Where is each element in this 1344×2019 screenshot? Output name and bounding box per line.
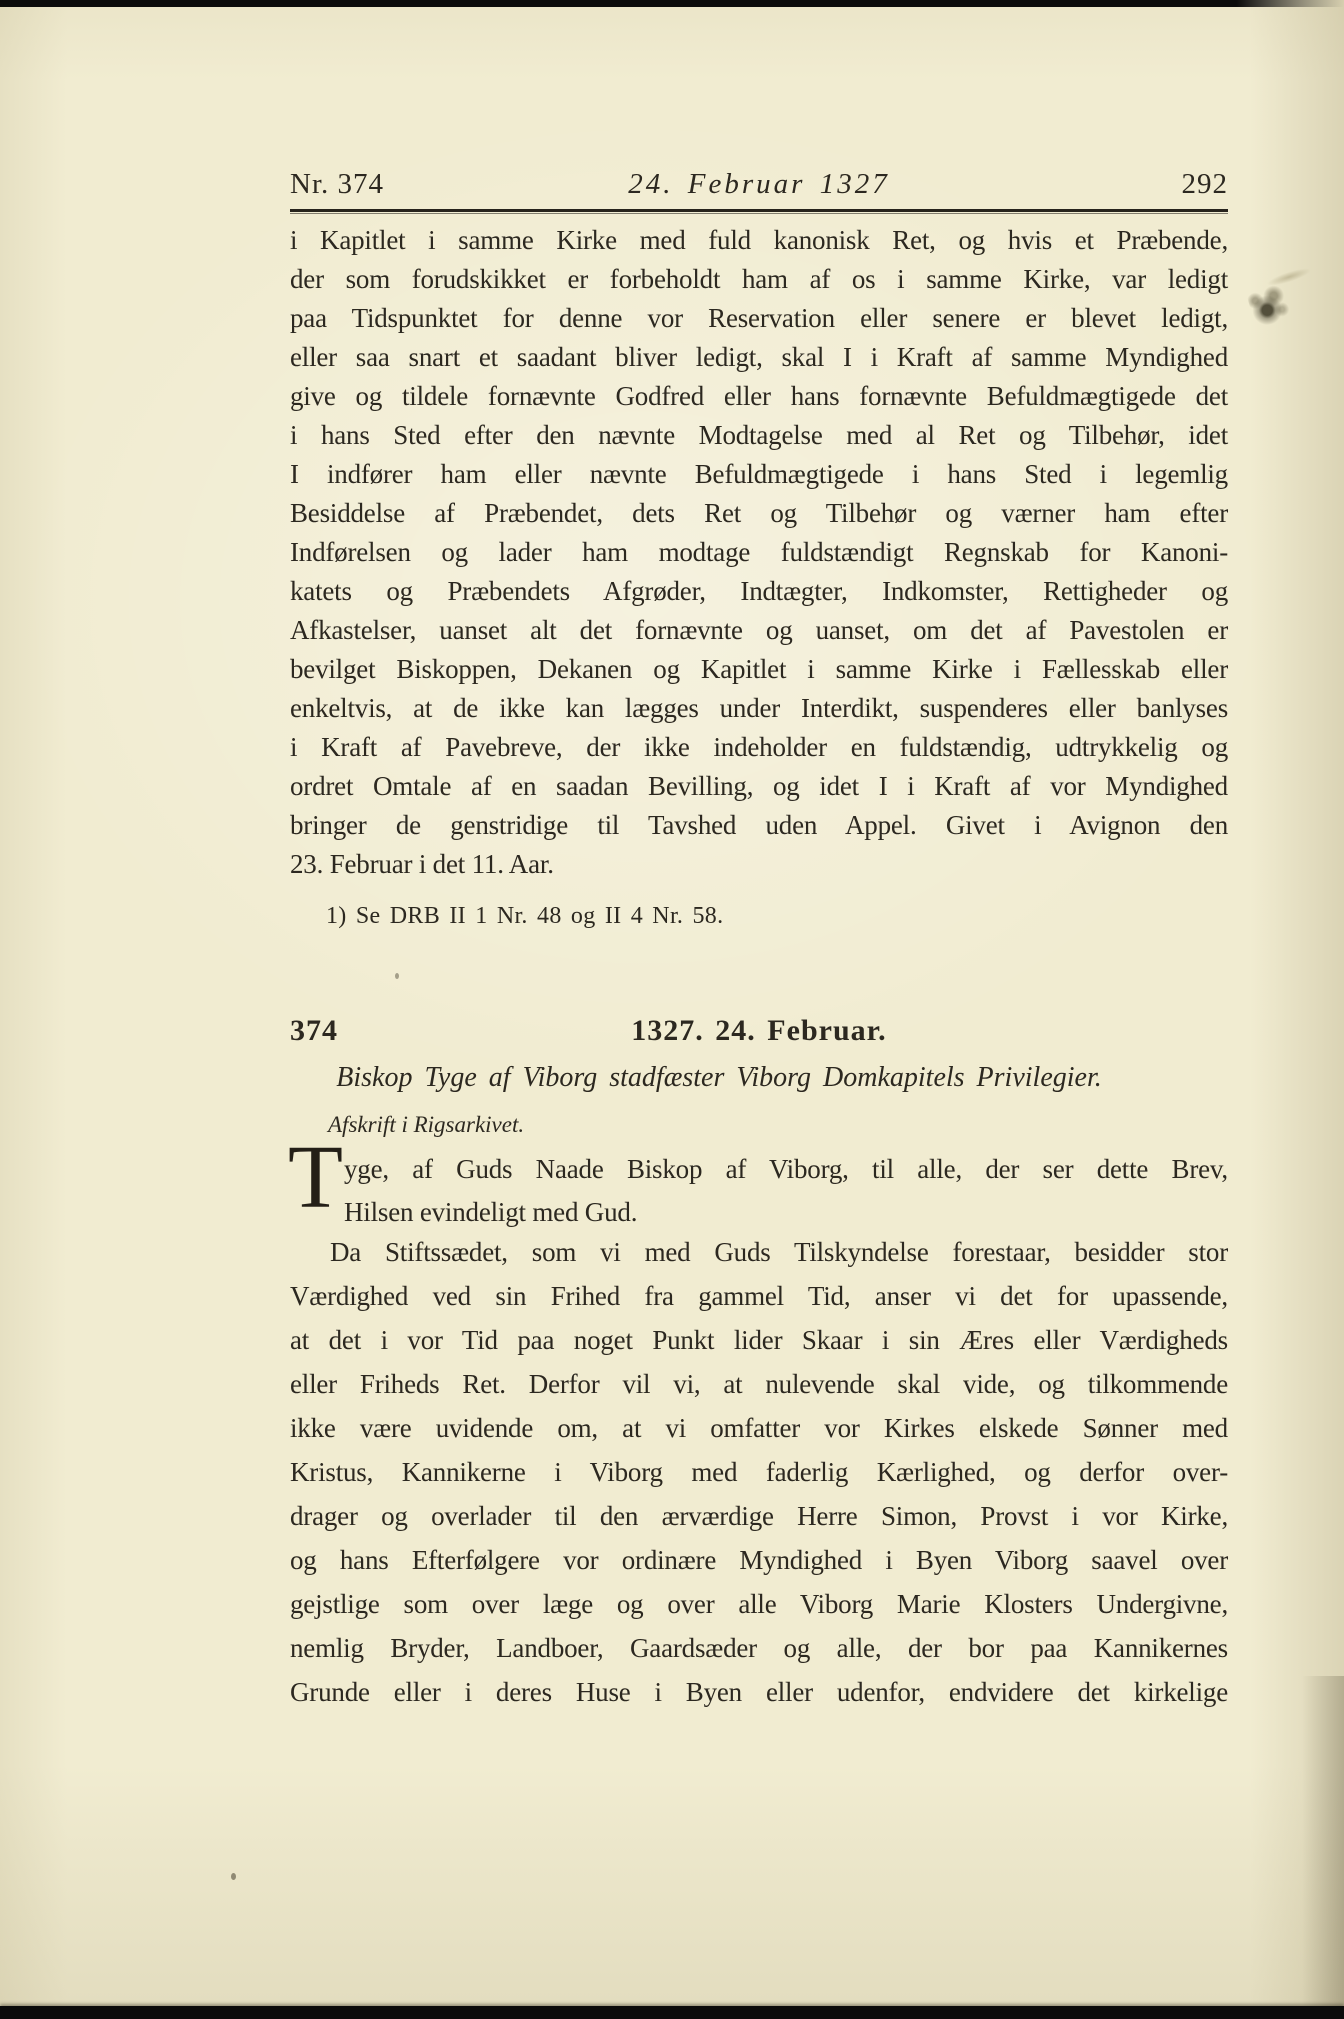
text-line: eller saa snart et saadant bliver ledigt… <box>290 338 1228 377</box>
text-line: Værdighed ved sin Frihed fra gammel Tid,… <box>290 1274 1228 1318</box>
text-line: Kristus, Kannikerne i Viborg med faderli… <box>290 1450 1228 1494</box>
text-line: eller Friheds Ret. Derfor vil vi, at nul… <box>290 1362 1228 1406</box>
page-number: 292 <box>1182 168 1229 201</box>
text-line: I indfører ham eller nævnte Befuldmægtig… <box>290 455 1228 494</box>
running-head-date: 24. Februar 1327 <box>290 168 1228 201</box>
text-line: Besiddelse af Præbendet, dets Ret og Til… <box>290 494 1228 533</box>
text-line: ordret Omtale af en saadan Bevilling, og… <box>290 767 1228 806</box>
text-line: give og tildele fornævnte Godfred eller … <box>290 377 1228 416</box>
text-line: bevilget Biskoppen, Dekanen og Kapitlet … <box>290 650 1228 689</box>
text-line: Grunde eller i deres Huse i Byen eller u… <box>290 1670 1228 1714</box>
text-line: 23. Februar i det 11. Aar. <box>290 845 1228 884</box>
footnote: 1) Se DRB II 1 Nr. 48 og II 4 Nr. 58. <box>326 903 723 930</box>
doc-source-note: Afskrift i Rigsarkivet. <box>328 1112 524 1138</box>
doc-title: Biskop Tyge af Viborg stadfæster Viborg … <box>250 1062 1188 1094</box>
text-line: ikke være uvidende om, at vi omfatter vo… <box>290 1406 1228 1450</box>
doc-date-heading: 1327. 24. Februar. <box>290 1014 1228 1048</box>
film-edge-top <box>0 0 1344 7</box>
text-line: enkeltvis, at de ikke kan lægges under I… <box>290 689 1228 728</box>
text-line: bringer de genstridige til Tavshed uden … <box>290 806 1228 845</box>
text-line: drager og overlader til den ærværdige He… <box>290 1494 1228 1538</box>
doc374-opening-paragraph: T yge, af Guds Naade Biskop af Viborg, t… <box>290 1148 1228 1234</box>
scanned-book-page: Nr. 374 24. Februar 1327 292 i Kapitlet … <box>0 0 1344 2019</box>
doc374-heading: 374 1327. 24. Februar. <box>290 1014 1228 1054</box>
page-edge-shadow <box>1302 1676 1344 2006</box>
film-edge-bottom <box>0 2006 1344 2019</box>
text-line: nemlig Bryder, Landboer, Gaardsæder og a… <box>290 1626 1228 1670</box>
paper-speck <box>231 1873 236 1880</box>
text-line: katets og Præbendets Afgrøder, Indtægter… <box>290 572 1228 611</box>
text-line: at det i vor Tid paa noget Punkt lider S… <box>290 1318 1228 1362</box>
text-line: i hans Sted efter den nævnte Modtagelse … <box>290 416 1228 455</box>
text-line: Hilsen evindeligt med Gud. <box>344 1191 1228 1234</box>
header-rule <box>290 209 1228 214</box>
text-line: gejstlige som over læge og over alle Vib… <box>290 1582 1228 1626</box>
text-line: i Kapitlet i samme Kirke med fuld kanoni… <box>290 221 1228 260</box>
drop-cap: T <box>288 1139 343 1217</box>
text-line: Indførelsen og lader ham modtage fuldstæ… <box>290 533 1228 572</box>
doc373-body-text: i Kapitlet i samme Kirke med fuld kanoni… <box>290 221 1228 884</box>
text-line: der som forudskikket er forbeholdt ham a… <box>290 260 1228 299</box>
text-line: paa Tidspunktet for denne vor Reservatio… <box>290 299 1228 338</box>
text-line: Da Stiftssædet, som vi med Guds Tilskynd… <box>290 1230 1228 1274</box>
text-line: i Kraft af Pavebreve, der ikke indeholde… <box>290 728 1228 767</box>
text-line: og hans Efterfølgere vor ordinære Myndig… <box>290 1538 1228 1582</box>
running-head: Nr. 374 24. Februar 1327 292 <box>290 168 1228 206</box>
text-line: Afkastelser, uanset alt det fornævnte og… <box>290 611 1228 650</box>
text-line: yge, af Guds Naade Biskop af Viborg, til… <box>344 1148 1228 1191</box>
doc374-body-text: Da Stiftssædet, som vi med Guds Tilskynd… <box>290 1230 1228 1714</box>
paper-speck <box>395 973 399 979</box>
